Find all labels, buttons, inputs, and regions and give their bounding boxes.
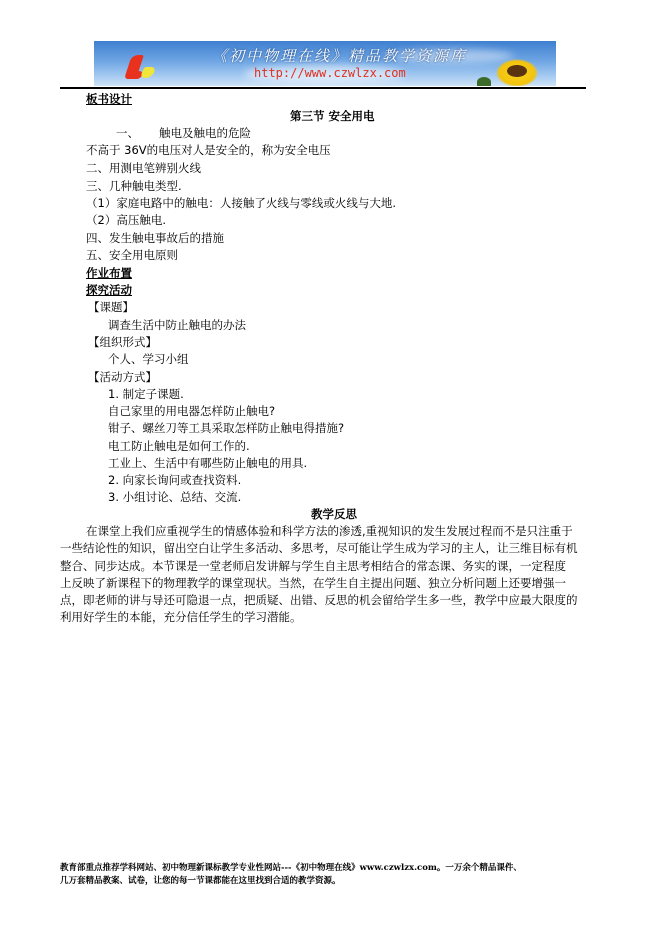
method-item: 2. 向家长询问或查找资料. bbox=[108, 473, 241, 488]
topic-text: 调查生活中防止触电的办法 bbox=[108, 318, 246, 333]
outline-item: 四、发生触电事故后的措施 bbox=[86, 231, 224, 246]
reflection-line: 点，即老师的讲与导还可隐退一点，把质疑、出错、反思的机会留给学生多一些，教学中应… bbox=[60, 593, 578, 608]
outline-item: 一、触电及触电的危险 bbox=[116, 126, 251, 141]
section-title: 第三节 安全用电 bbox=[290, 109, 375, 124]
logo-icon-part bbox=[139, 67, 156, 78]
reflection-line: 一些结论性的知识，留出空白让学生多活动、多思考，尽可能让学生成为学习的主人，让三… bbox=[60, 541, 578, 556]
leaf-decoration bbox=[477, 77, 491, 86]
header-divider bbox=[60, 87, 586, 89]
outline-item: 五、安全用电原则 bbox=[86, 248, 178, 263]
outline-item: 不高于 36V的电压对人是安全的，称为安全电压 bbox=[86, 143, 331, 158]
reflection-line: 在课堂上我们应重视学生的情感体验和科学方法的渗透,重视知识的发生发展过程而不是只… bbox=[86, 524, 573, 539]
footer-line: 几万套精品教案、试卷，让您的每一节课都能在这里找到合适的教学资源。 bbox=[60, 875, 522, 888]
homework-heading: 作业布置 bbox=[86, 266, 132, 281]
outline-number: 一、 bbox=[116, 126, 139, 140]
method-item: 3. 小组讨论、总结、交流. bbox=[108, 490, 241, 505]
site-banner: 《初中物理在线》精品教学资源库 http://www.czwlzx.com bbox=[94, 41, 556, 86]
method-item: 自己家里的用电器怎样防止触电? bbox=[108, 404, 275, 419]
outline-text: 触电及触电的危险 bbox=[159, 126, 251, 140]
reflection-line: 利用好学生的本能，充分信任学生的学习潜能。 bbox=[60, 610, 302, 625]
reflection-line: 整合、同步达成。本节课是一堂老师启发讲解与学生自主思考相结合的常态课、务实的课，… bbox=[60, 559, 566, 574]
sunflower-icon bbox=[496, 59, 538, 86]
footer-line: 教育部重点推荐学科网站、初中物理新课标教学专业性网站---《初中物理在线》www… bbox=[60, 862, 522, 875]
method-item: 工业上、生活中有哪些防止触电的用具. bbox=[108, 456, 307, 471]
board-design-heading: 板书设计 bbox=[86, 92, 132, 107]
banner-url: http://www.czwlzx.com bbox=[254, 66, 406, 80]
page-footer: 教育部重点推荐学科网站、初中物理新课标教学专业性网站---《初中物理在线》www… bbox=[60, 862, 522, 888]
method-item: 电工防止触电是如何工作的. bbox=[108, 439, 250, 454]
method-label: 【活动方式】 bbox=[88, 370, 157, 385]
method-item: 1. 制定子课题. bbox=[108, 387, 184, 402]
reflection-heading: 教学反思 bbox=[311, 507, 357, 522]
inquiry-heading: 探究活动 bbox=[86, 283, 132, 298]
banner-title: 《初中物理在线》精品教学资源库 bbox=[212, 45, 467, 66]
method-item: 钳子、螺丝刀等工具采取怎样防止触电得措施? bbox=[108, 421, 344, 436]
topic-label: 【课题】 bbox=[88, 300, 134, 315]
org-label: 【组织形式】 bbox=[88, 335, 157, 350]
org-text: 个人、学习小组 bbox=[108, 352, 189, 367]
sunflower-center bbox=[507, 65, 527, 77]
outline-item: 三、几种触电类型. bbox=[86, 179, 182, 194]
outline-item: 二、用测电笔辨别火线 bbox=[86, 161, 201, 176]
outline-item: （2）高压触电. bbox=[86, 213, 166, 228]
reflection-line: 上反映了新课程下的物理教学的课堂现状。当然，在学生自主提出问题、独立分析问题上还… bbox=[60, 576, 566, 591]
outline-item: （1）家庭电路中的触电：人接触了火线与零线或火线与大地. bbox=[86, 196, 396, 211]
